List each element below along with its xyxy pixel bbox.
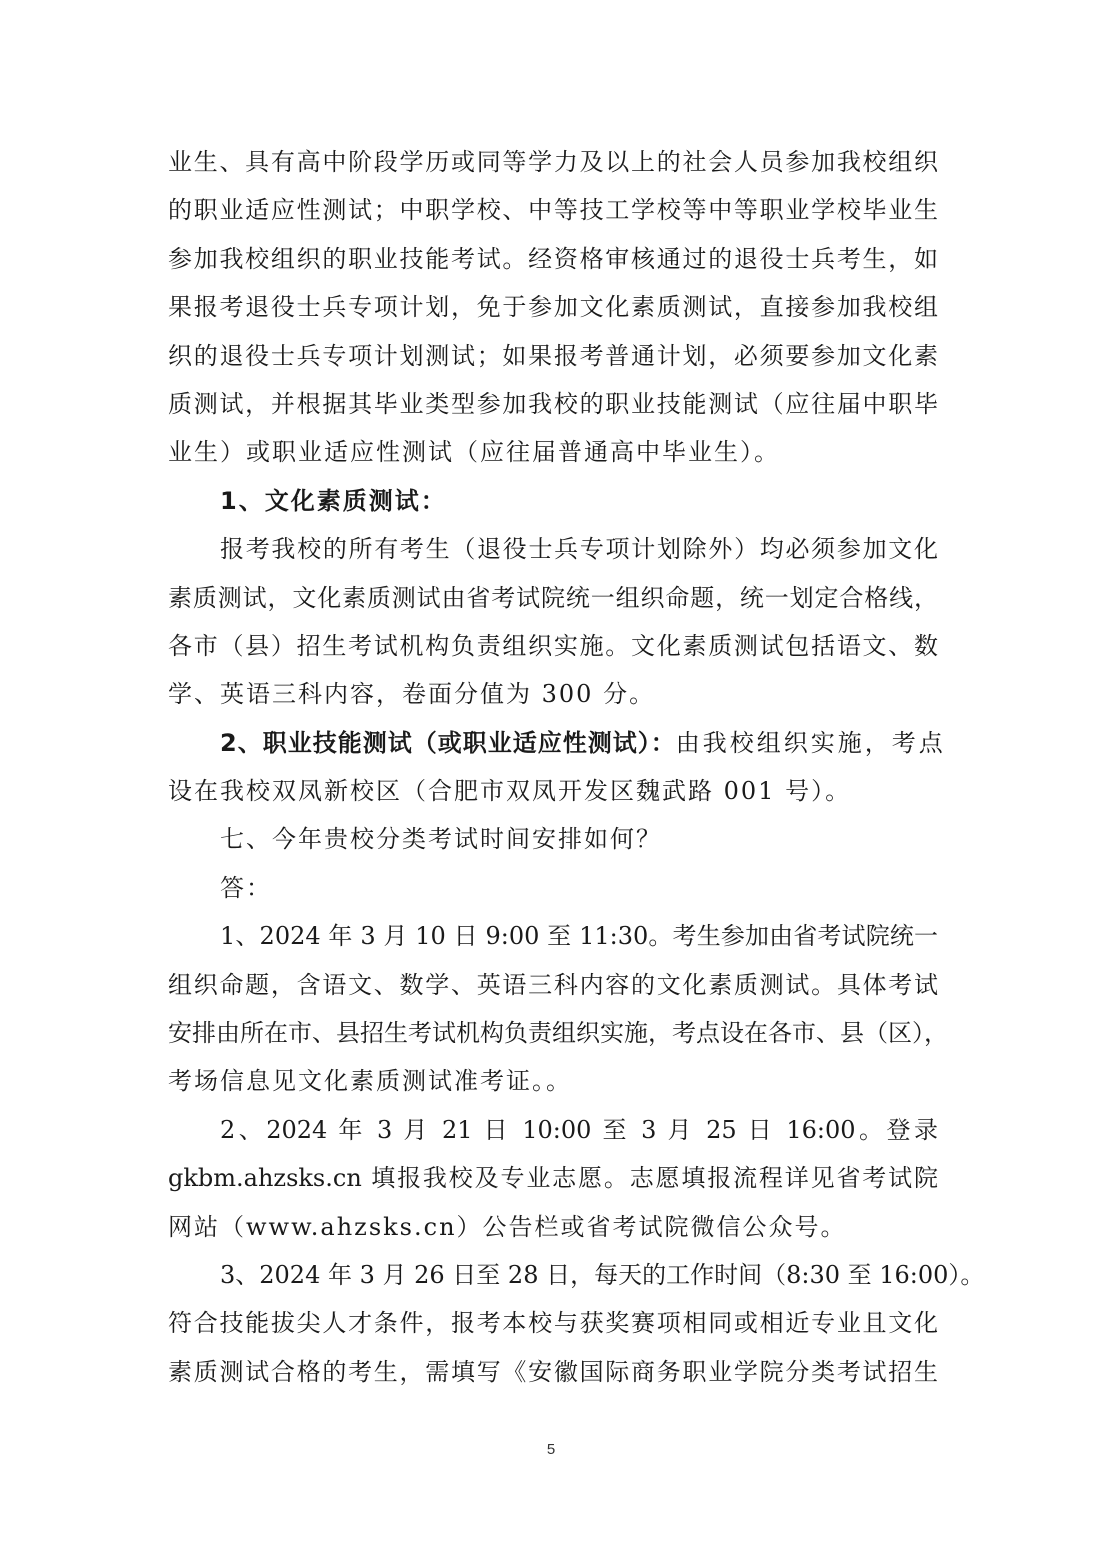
paragraph-line: 质测试，并根据其毕业类型参加我校的职业技能测试（应往届中职毕 bbox=[168, 380, 938, 428]
paragraph-line: 2、2024 年 3 月 21 日 10:00 至 3 月 25 日 16:00… bbox=[168, 1106, 938, 1154]
paragraph-line: 业生）或职业适应性测试（应往届普通高中毕业生）。 bbox=[168, 428, 938, 476]
skills-test-text: 由我校组织实施，考点 bbox=[676, 719, 946, 767]
skills-test-heading: 2、职业技能测试（或职业适应性测试）： bbox=[220, 719, 676, 767]
question-heading-seven: 七、今年贵校分类考试时间安排如何？ bbox=[168, 815, 938, 863]
paragraph-line: 参加我校组织的职业技能考试。经资格审核通过的退役士兵考生，如 bbox=[168, 235, 938, 283]
answer-label: 答： bbox=[168, 864, 938, 912]
paragraph-line: 素质测试合格的考生，需填写《安徽国际商务职业学院分类考试招生 bbox=[168, 1348, 938, 1396]
paragraph-line: 符合技能拔尖人才条件，报考本校与获奖赛项相同或相近专业且文化 bbox=[168, 1299, 938, 1347]
paragraph-line: 考场信息见文化素质测试准考证。。 bbox=[168, 1057, 938, 1105]
paragraph-line: 果报考退役士兵专项计划，免于参加文化素质测试，直接参加我校组 bbox=[168, 283, 938, 331]
paragraph-line: 报考我校的所有考生（退役士兵专项计划除外）均必须参加文化 bbox=[168, 525, 938, 573]
document-body: 业生、具有高中阶段学历或同等学力及以上的社会人员参加我校组织 的职业适应性测试；… bbox=[168, 138, 938, 1396]
paragraph-line: 业生、具有高中阶段学历或同等学力及以上的社会人员参加我校组织 bbox=[168, 138, 938, 186]
paragraph-line: 网站（www.ahzsks.cn）公告栏或省考试院微信公众号。 bbox=[168, 1203, 938, 1251]
document-page: 业生、具有高中阶段学历或同等学力及以上的社会人员参加我校组织 的职业适应性测试；… bbox=[0, 0, 1102, 1559]
paragraph-line: gkbm.ahzsks.cn 填报我校及专业志愿。志愿填报流程详见省考试院 bbox=[168, 1154, 938, 1202]
page-number: 5 bbox=[0, 1441, 1102, 1458]
paragraph-line: 学、英语三科内容，卷面分值为 300 分。 bbox=[168, 670, 938, 718]
paragraph-line: 1、2024 年 3 月 10 日 9:00 至 11:30。考生参加由省考试院… bbox=[168, 912, 938, 960]
paragraph-line: 设在我校双凤新校区（合肥市双凤开发区魏武路 001 号）。 bbox=[168, 767, 938, 815]
paragraph-line: 3、2024 年 3 月 26 日至 28 日，每天的工作时间（8:30 至 1… bbox=[168, 1251, 938, 1299]
paragraph-line: 素质测试，文化素质测试由省考试院统一组织命题，统一划定合格线， bbox=[168, 574, 938, 622]
section-heading-skills-test: 2、职业技能测试（或职业适应性测试）： 由我校组织实施，考点 bbox=[168, 719, 938, 767]
paragraph-line: 安排由所在市、县招生考试机构负责组织实施，考点设在各市、县（区）， bbox=[168, 1009, 938, 1057]
section-heading-culture-test: 1、文化素质测试： bbox=[168, 477, 938, 525]
paragraph-line: 各市（县）招生考试机构负责组织实施。文化素质测试包括语文、数 bbox=[168, 622, 938, 670]
paragraph-line: 组织命题，含语文、数学、英语三科内容的文化素质测试。具体考试 bbox=[168, 961, 938, 1009]
paragraph-line: 织的退役士兵专项计划测试；如果报考普通计划，必须要参加文化素 bbox=[168, 332, 938, 380]
paragraph-line: 的职业适应性测试；中职学校、中等技工学校等中等职业学校毕业生 bbox=[168, 186, 938, 234]
